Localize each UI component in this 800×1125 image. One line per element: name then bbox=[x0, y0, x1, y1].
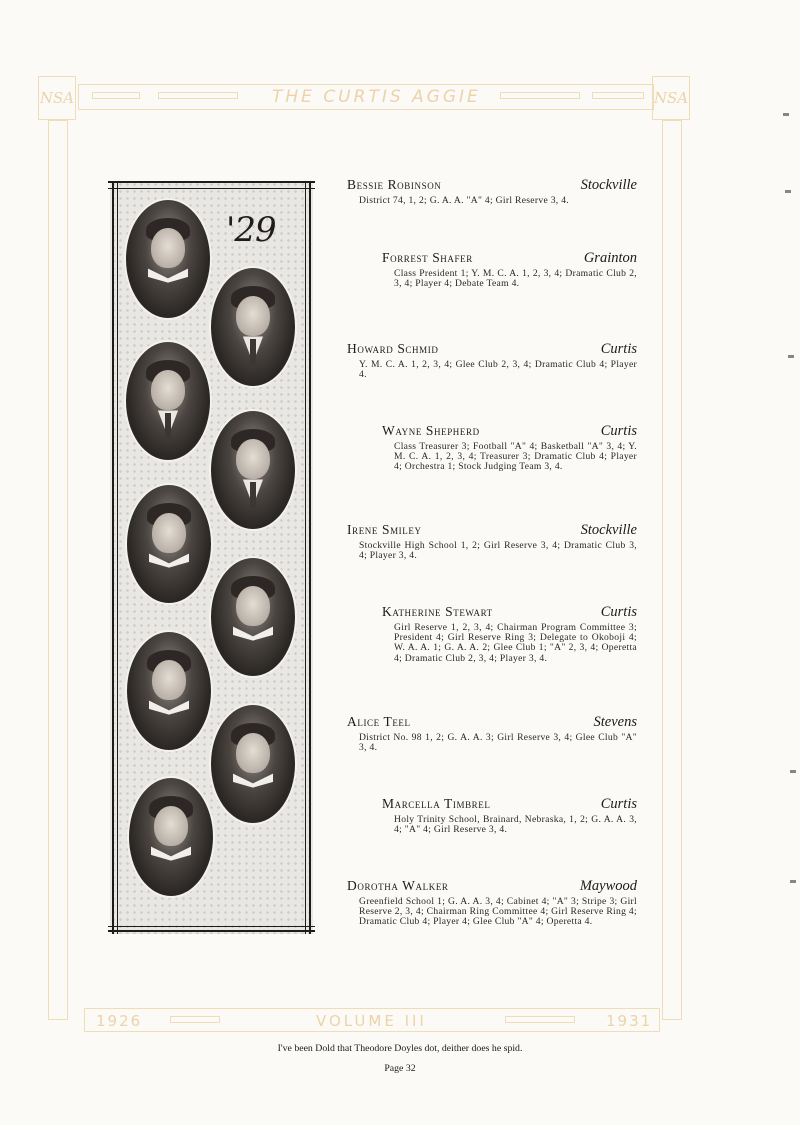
entry-name: Katherine Stewart bbox=[382, 604, 493, 620]
footer-joke: I've been Dold that Theodore Doyles dot,… bbox=[0, 1043, 800, 1054]
footer-start-year: 1926 bbox=[96, 1012, 142, 1030]
entry-town: Curtis bbox=[601, 796, 637, 813]
header-decoration-bar bbox=[92, 92, 140, 99]
portrait-irene-smiley bbox=[125, 483, 213, 605]
entry-name: Wayne Shepherd bbox=[382, 423, 480, 439]
entry-activities: Girl Reserve 1, 2, 3, 4; Chairman Progra… bbox=[382, 623, 637, 664]
entry-name: Dorotha Walker bbox=[347, 878, 449, 894]
panel-border-rule bbox=[108, 926, 315, 927]
entry-activities: Stockville High School 1, 2; Girl Reserv… bbox=[347, 541, 637, 561]
scan-speck bbox=[790, 880, 796, 883]
class-year-label: '29 bbox=[226, 210, 276, 250]
page-number: Page 32 bbox=[0, 1063, 800, 1074]
entry-town: Curtis bbox=[601, 423, 637, 440]
entry-activities: Holy Trinity School, Brainard, Nebraska,… bbox=[382, 815, 637, 835]
entry-activities: Greenfield School 1; G. A. A. 3, 4; Cabi… bbox=[347, 897, 637, 928]
entry-marcella-timbrel: Marcella TimbrelCurtis Holy Trinity Scho… bbox=[382, 796, 637, 835]
entry-katherine-stewart: Katherine StewartCurtis Girl Reserve 1, … bbox=[382, 604, 637, 664]
portrait-katherine-stewart bbox=[209, 556, 297, 678]
header-decoration-bar bbox=[158, 92, 238, 99]
portrait-bessie-robinson bbox=[124, 198, 212, 320]
header-decoration-bar bbox=[500, 92, 580, 99]
scan-speck bbox=[783, 113, 789, 116]
footer-end-year: 1931 bbox=[606, 1012, 652, 1030]
entry-activities: Class President 1; Y. M. C. A. 1, 2, 3, … bbox=[382, 269, 637, 289]
panel-border-rule bbox=[108, 188, 315, 189]
entry-activities: District No. 98 1, 2; G. A. A. 3; Girl R… bbox=[347, 733, 637, 753]
entry-name: Howard Schmid bbox=[347, 341, 438, 357]
scan-speck bbox=[785, 190, 791, 193]
panel-border-rule bbox=[108, 930, 315, 932]
entry-town: Stockville bbox=[581, 177, 637, 194]
right-pillar bbox=[662, 120, 682, 1020]
entry-name: Alice Teel bbox=[347, 714, 411, 730]
portrait-howard-schmid bbox=[124, 340, 212, 462]
footer-decoration-bar bbox=[170, 1016, 220, 1023]
footer-decoration-bar bbox=[505, 1016, 575, 1023]
portrait-alice-teel bbox=[125, 630, 213, 752]
monogram-top-right-icon: NSA bbox=[652, 76, 690, 120]
entry-name: Marcella Timbrel bbox=[382, 796, 490, 812]
panel-border-rule bbox=[112, 181, 114, 934]
entry-dorotha-walker: Dorotha WalkerMaywood Greenfield School … bbox=[347, 878, 637, 928]
scan-speck bbox=[788, 355, 794, 358]
entry-irene-smiley: Irene SmileyStockville Stockville High S… bbox=[347, 522, 637, 561]
panel-border-rule bbox=[305, 181, 306, 934]
header-title: THE CURTIS AGGIE bbox=[272, 87, 481, 107]
portrait-wayne-shepherd bbox=[209, 409, 297, 531]
entry-name: Irene Smiley bbox=[347, 522, 422, 538]
entry-wayne-shepherd: Wayne ShepherdCurtis Class Treasurer 3; … bbox=[382, 423, 637, 473]
entry-activities: Y. M. C. A. 1, 2, 3, 4; Glee Club 2, 3, … bbox=[347, 360, 637, 380]
entry-town: Curtis bbox=[601, 604, 637, 621]
portrait-marcella-timbrel bbox=[209, 703, 297, 825]
panel-border-rule bbox=[309, 181, 311, 934]
left-pillar bbox=[48, 120, 68, 1020]
entry-name: Bessie Robinson bbox=[347, 177, 441, 193]
entry-town: Grainton bbox=[584, 250, 637, 267]
entry-activities: Class Treasurer 3; Football "A" 4; Baske… bbox=[382, 442, 637, 473]
panel-border-rule bbox=[108, 181, 315, 183]
entry-town: Curtis bbox=[601, 341, 637, 358]
entry-bessie-robinson: Bessie RobinsonStockville District 74, 1… bbox=[347, 177, 637, 206]
monogram-top-left-icon: NSA bbox=[38, 76, 76, 120]
portrait-forrest-shafer bbox=[209, 266, 297, 388]
portrait-dorotha-walker bbox=[127, 776, 215, 898]
entry-town: Stockville bbox=[581, 522, 637, 539]
header-decoration-bar bbox=[592, 92, 644, 99]
entry-activities: District 74, 1, 2; G. A. A. "A" 4; Girl … bbox=[347, 196, 637, 206]
panel-border-rule bbox=[117, 181, 118, 934]
entry-town: Stevens bbox=[594, 714, 637, 731]
entry-howard-schmid: Howard SchmidCurtis Y. M. C. A. 1, 2, 3,… bbox=[347, 341, 637, 380]
entry-town: Maywood bbox=[580, 878, 637, 895]
entry-alice-teel: Alice TeelStevens District No. 98 1, 2; … bbox=[347, 714, 637, 753]
entry-name: Forrest Shafer bbox=[382, 250, 473, 266]
footer-volume: VOLUME III bbox=[316, 1012, 427, 1030]
scan-speck bbox=[790, 770, 796, 773]
entry-forrest-shafer: Forrest ShaferGrainton Class President 1… bbox=[382, 250, 637, 289]
